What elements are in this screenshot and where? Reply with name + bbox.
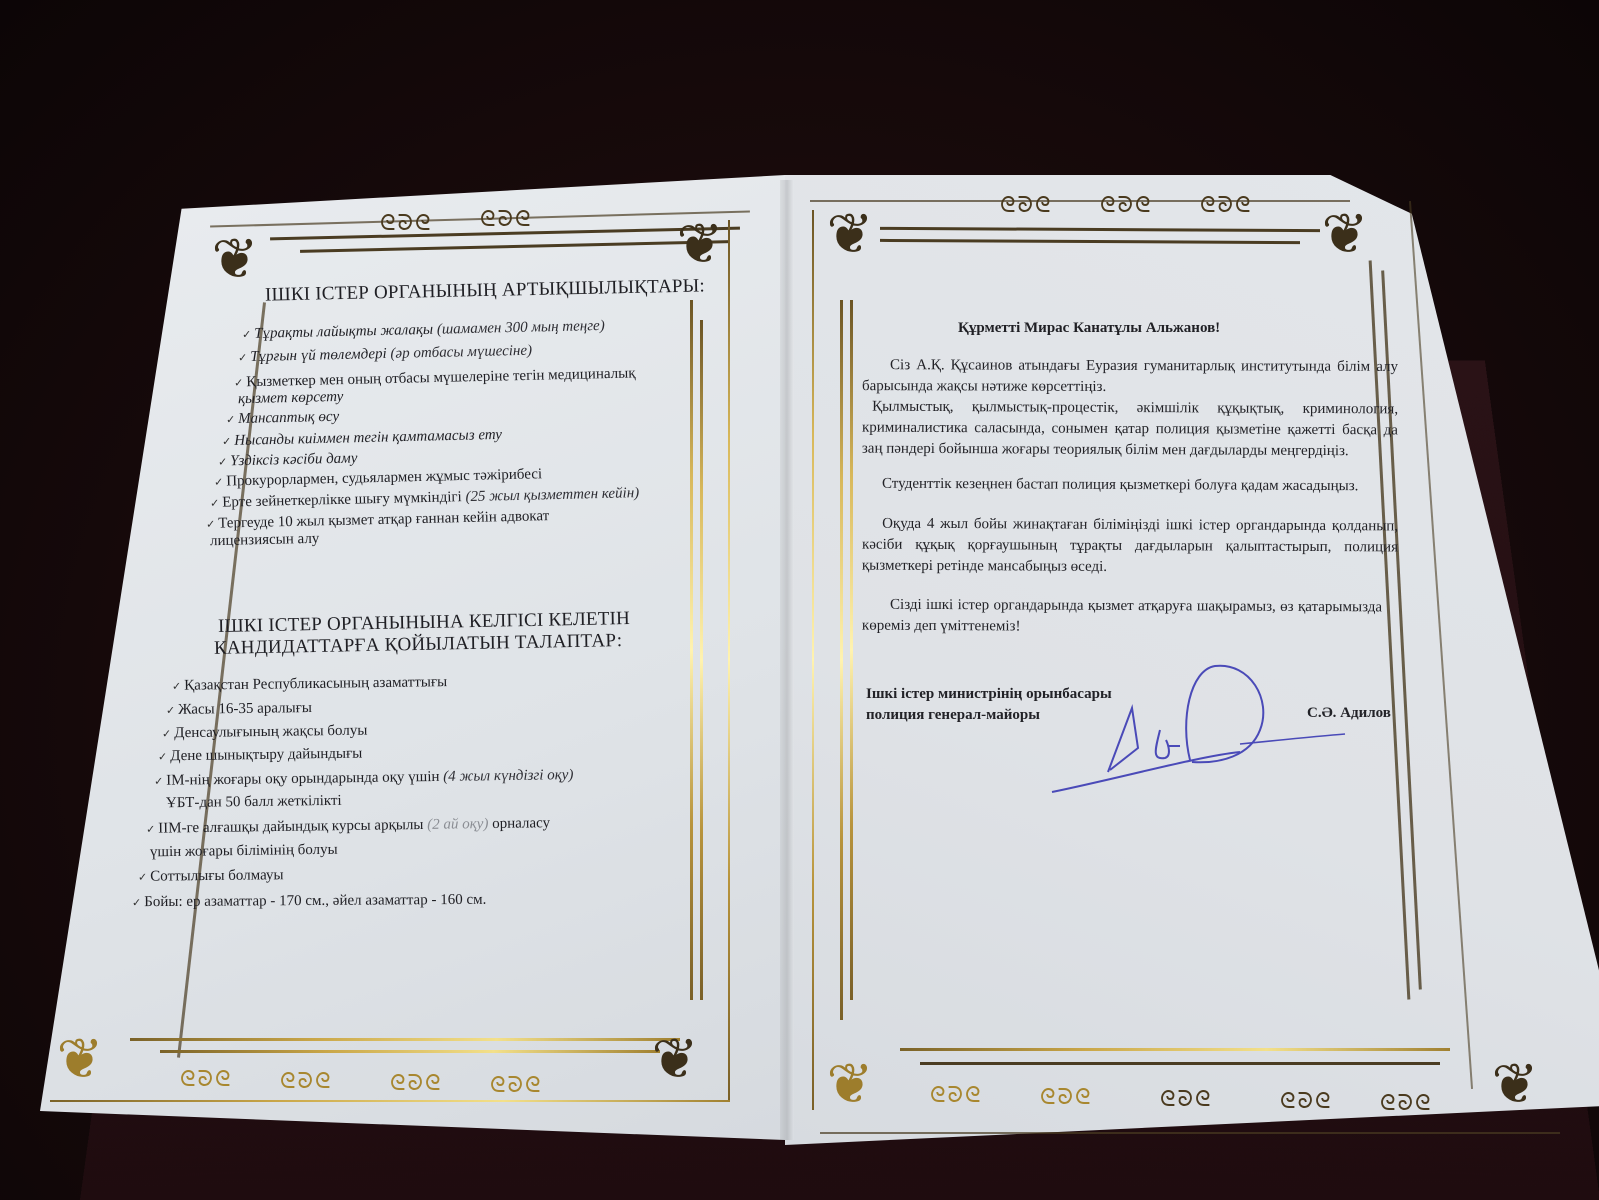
check-icon: ✓ <box>154 776 163 788</box>
check-icon: ✓ <box>146 824 155 836</box>
corner-ornament-icon: ❦ <box>640 1025 710 1095</box>
requirement-item: ✓Соттылығы болмауы <box>138 867 284 886</box>
check-icon: ✓ <box>242 329 251 341</box>
motif-icon: ᘓᘐᘓ <box>1000 192 1052 218</box>
corner-ornament-icon: ❦ <box>1310 200 1380 270</box>
letter-paragraph: Қылмыстық, қылмыстық-процестік, әкімшілі… <box>862 397 1398 463</box>
corner-ornament-icon: ❦ <box>665 210 735 280</box>
page-fold <box>780 180 794 1140</box>
benefit-item: ✓Үздіксіз кәсіби даму <box>218 450 358 470</box>
left-page <box>40 175 785 1140</box>
requirement-item-continuation: үшін жоғары білімінің болуы <box>150 842 338 862</box>
border-rule <box>130 1038 680 1041</box>
border-key-pattern <box>728 220 730 1100</box>
benefit-item: ✓Мансаптық өсу <box>226 409 340 429</box>
motif-icon: ᘓᘐᘓ <box>1100 192 1152 218</box>
requirement-item: ✓Дене шынықтыру дайындығы <box>158 746 363 766</box>
letter-paragraph: Оқуда 4 жыл бойы жинақтаған біліміңізді … <box>862 514 1398 580</box>
motif-icon: ᘓᘐᘓ <box>1160 1086 1212 1112</box>
border-vertical-rule <box>850 300 853 1000</box>
corner-ornament-icon: ❦ <box>1480 1050 1550 1120</box>
border-vertical-rule <box>700 320 703 1000</box>
letter-paragraph: Сізді ішкі істер органдарында қызмет атқ… <box>862 595 1382 640</box>
requirement-item: ✓Жасы 16-35 аралығы <box>166 700 312 719</box>
motif-icon: ᘓᘐᘓ <box>390 1070 442 1096</box>
check-icon: ✓ <box>166 705 175 717</box>
open-letter: ❦ ❦ ❦ ❦ ᘓᘐᘓ ᘓᘐᘓ ᘓᘐᘓ ᘓᘐᘓ ᘓᘐᘓ ᘓᘐᘓ ІШКІ ІСТ… <box>0 0 1599 1200</box>
benefit-item-continuation: қызмет көрсету <box>238 389 344 408</box>
motif-icon: ᘓᘐᘓ <box>280 1068 332 1094</box>
corner-ornament-icon: ❦ <box>815 200 885 270</box>
border-key-pattern <box>812 210 814 1110</box>
letter-paragraph: Студенттік кезеңнен бастап полиция қызме… <box>862 474 1392 498</box>
requirement-item: ✓Денсаулығының жақсы болуы <box>162 723 368 743</box>
benefit-item-continuation: лицензиясын алу <box>210 531 320 550</box>
check-icon: ✓ <box>132 897 141 909</box>
corner-ornament-icon: ❦ <box>45 1025 115 1095</box>
border-key-pattern <box>50 1100 730 1102</box>
motif-icon: ᘓᘐᘓ <box>380 210 432 236</box>
signatory-title-line2: полиция генерал-майоры <box>866 705 1040 726</box>
border-rule <box>920 1062 1440 1065</box>
check-icon: ✓ <box>172 681 181 693</box>
border-key-pattern <box>820 1132 1560 1134</box>
motif-icon: ᘓᘐᘓ <box>1040 1084 1092 1110</box>
motif-icon: ᘓᘐᘓ <box>490 1072 542 1098</box>
motif-icon: ᘓᘐᘓ <box>180 1066 232 1092</box>
corner-ornament-icon: ❦ <box>815 1050 885 1120</box>
letter-greeting: Құрметті Мирас Канатұлы Альжанов! <box>958 320 1220 337</box>
motif-icon: ᘓᘐᘓ <box>930 1082 982 1108</box>
border-vertical-rule <box>690 300 693 1000</box>
check-icon: ✓ <box>218 456 227 468</box>
requirement-item: ✓Бойы: ер азаматтар - 170 см., әйел азам… <box>132 892 486 911</box>
motif-icon: ᘓᘐᘓ <box>1200 192 1252 218</box>
border-rule <box>900 1048 1450 1051</box>
letter-paragraph: Сіз А.Қ. Құсаинов атындағы Еуразия гуман… <box>862 355 1398 399</box>
check-icon: ✓ <box>226 414 235 426</box>
corner-ornament-icon: ❦ <box>200 225 270 295</box>
check-icon: ✓ <box>222 436 231 448</box>
check-icon: ✓ <box>234 377 243 389</box>
check-icon: ✓ <box>158 751 167 763</box>
check-icon: ✓ <box>210 498 219 510</box>
check-icon: ✓ <box>138 872 147 884</box>
check-icon: ✓ <box>206 519 215 531</box>
border-vertical-rule <box>840 300 843 1020</box>
motif-icon: ᘓᘐᘓ <box>1380 1090 1432 1116</box>
requirement-item-continuation: ҰБТ-дан 50 балл жеткілікті <box>166 793 342 812</box>
check-icon: ✓ <box>162 728 171 740</box>
motif-icon: ᘓᘐᘓ <box>1280 1088 1332 1114</box>
border-key-pattern <box>810 200 1350 202</box>
handwritten-signature <box>1040 660 1360 800</box>
check-icon: ✓ <box>214 477 223 489</box>
motif-icon: ᘓᘐᘓ <box>480 206 532 232</box>
check-icon: ✓ <box>238 352 247 364</box>
border-rule <box>160 1050 660 1053</box>
